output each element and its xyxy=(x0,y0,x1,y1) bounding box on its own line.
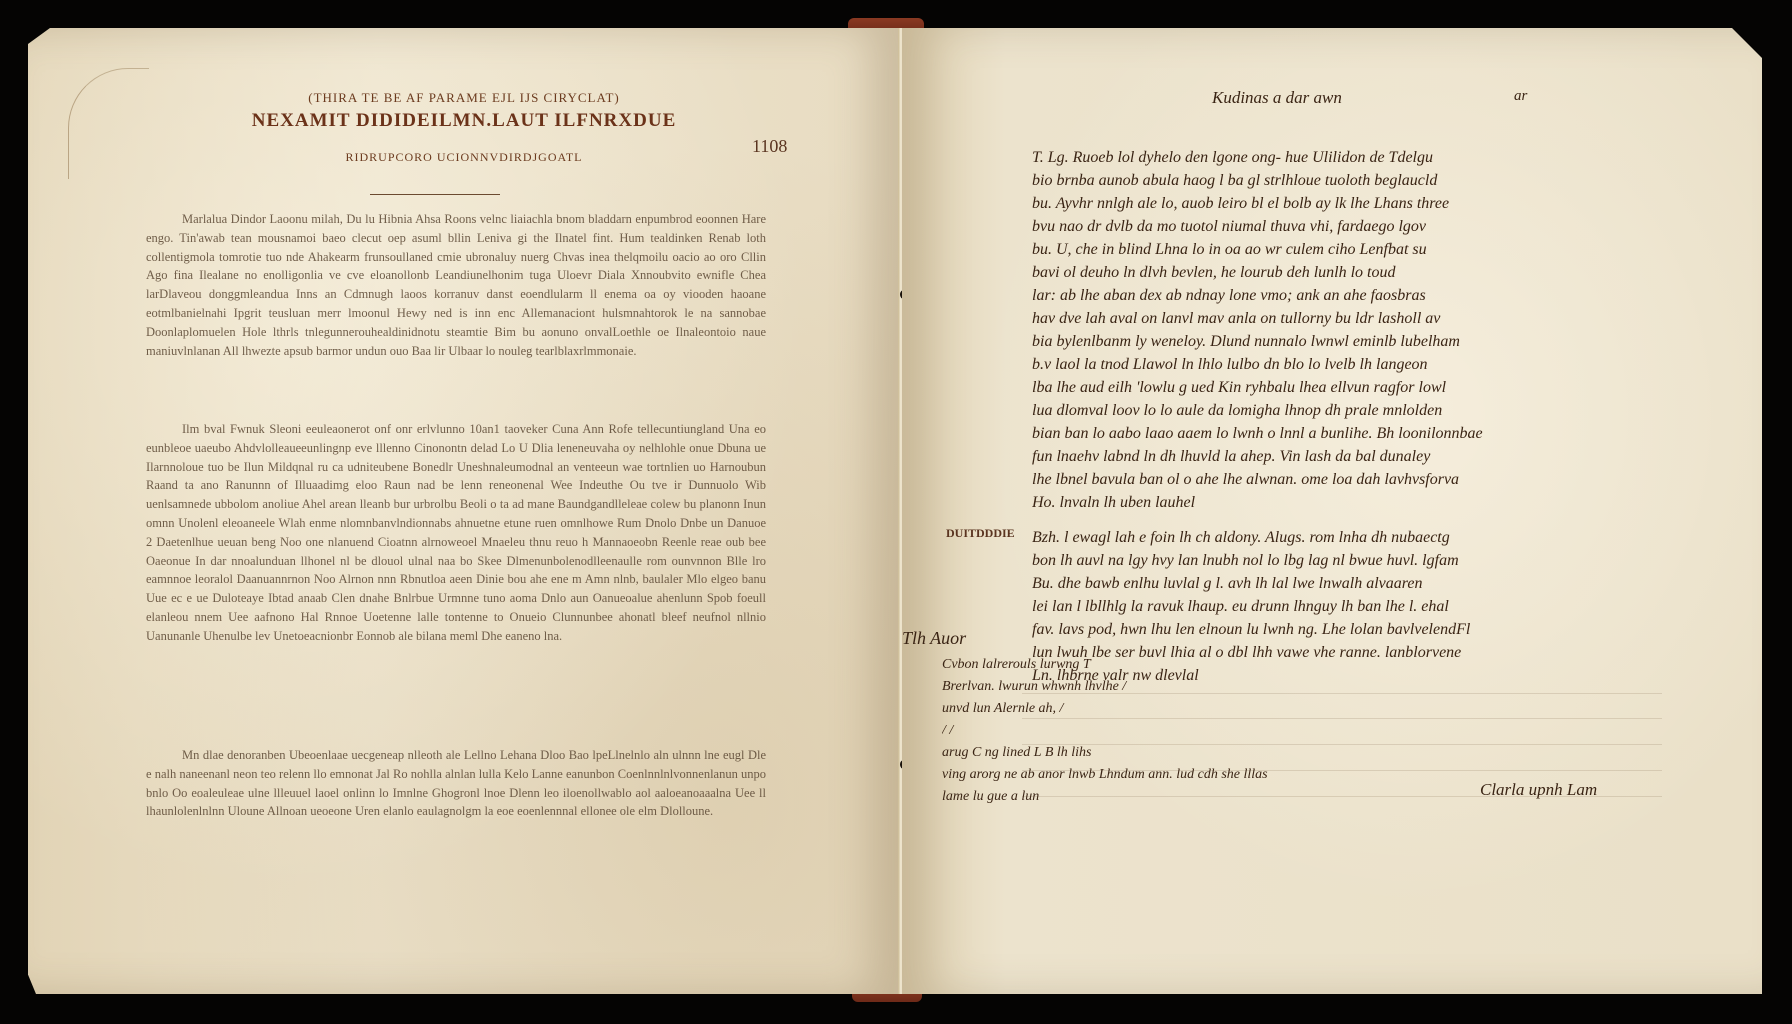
handwritten-line: lar: ab lhe aban dex ab ndnay lone vmo; … xyxy=(1032,284,1752,307)
signature: Clarla upnh Lam xyxy=(1480,780,1597,800)
handwritten-line: bvu nao dr dvlb da mo tuotol niumal thuv… xyxy=(1032,215,1752,238)
handwritten-line: bavi ol deuho ln dlvh bevlen, he lourub … xyxy=(1032,261,1752,284)
left-header-line-1: (THIRA TE BE AF PARAME EJL IJS CIRYCLAT) xyxy=(28,90,900,106)
handwritten-line: Bu. dhe bawb enlhu luvlal g l. avh lh la… xyxy=(1032,572,1752,595)
handwritten-title: Kudinas a dar awn xyxy=(1212,88,1342,108)
margin-label: DUITDDDIE xyxy=(946,526,1015,541)
handwritten-line: hav dve lah aval on lanvl mav anla on tu… xyxy=(1032,307,1752,330)
page-number: 1108 xyxy=(752,136,787,157)
handwritten-line: Brerlvan. lwurun whwnh lhvlhe / xyxy=(942,676,1662,698)
handwritten-line: fun lnaehv labnd ln dh lhuvld la ahep. V… xyxy=(1032,445,1752,468)
handwritten-line: lhe lbnel bavula ban ol o ahe lhe alwnan… xyxy=(1032,468,1752,491)
paragraph-text: Marlalua Dindor Laoonu milah, Du lu Hibn… xyxy=(146,210,766,360)
left-header-title: NEXAMIT DIDIDEILMN.LAUT ILFNRXDUE xyxy=(28,110,900,132)
paragraph-3: Mn dlae denoranben Ubeoenlaae uecgeneap … xyxy=(146,746,766,821)
left-page: (THIRA TE BE AF PARAME EJL IJS CIRYCLAT)… xyxy=(28,28,900,994)
handwritten-line: b.v laol la tnod Llawol ln lhlo lulbo dn… xyxy=(1032,353,1752,376)
handwritten-line: bian ban lo aabo laao aaem lo lwnh o lnn… xyxy=(1032,422,1752,445)
paragraph-2: Ilm bval Fwnuk Sleoni eeuleaonerot onf o… xyxy=(146,420,766,646)
handwritten-line: bia bylenlbanm ly weneloy. Dlund nunnalo… xyxy=(1032,330,1752,353)
handwritten-line: arug C ng lined L B lh lihs xyxy=(942,742,1662,764)
handwritten-line: lua dlomval loov lo lo aule da lomigha l… xyxy=(1032,399,1752,422)
header-rule xyxy=(370,194,500,195)
paragraph-1: Marlalua Dindor Laoonu milah, Du lu Hibn… xyxy=(146,210,766,360)
handwritten-line: lba lhe aud eilh 'lowlu g ued Kin ryhbal… xyxy=(1032,376,1752,399)
right-page: Kudinas a dar awn ar T. Lg. Ruoeb lol dy… xyxy=(902,28,1762,994)
handwritten-line: bu. U, che in blind Lhna lo in oa ao wr … xyxy=(1032,238,1752,261)
handwritten-line: Ho. lnvaln lh uben lauhel xyxy=(1032,491,1752,514)
handwritten-line: lei lan l lbllhlg la ravuk lhaup. eu dru… xyxy=(1032,595,1752,618)
handwritten-title-note: ar xyxy=(1514,88,1527,105)
handwritten-line: bon lh auvl na lgy hvy lan lnubh nol lo … xyxy=(1032,549,1752,572)
handwritten-entry-1: T. Lg. Ruoeb lol dyhelo den lgone ong- h… xyxy=(1032,146,1752,514)
handwritten-line: T. Lg. Ruoeb lol dyhelo den lgone ong- h… xyxy=(1032,146,1752,169)
paragraph-text: Ilm bval Fwnuk Sleoni eeuleaonerot onf o… xyxy=(146,420,766,646)
handwritten-line: / / xyxy=(942,720,1662,742)
handwritten-line: Bzh. l ewagl lah e foin lh ch aldony. Al… xyxy=(1032,526,1752,549)
handwritten-line: fav. lavs pod, hwn lhu len elnoun lu lwn… xyxy=(1032,618,1752,641)
entry-3-heading: Tlh Auor xyxy=(902,628,966,649)
handwritten-line: unvd lun Alernle ah, / xyxy=(942,698,1662,720)
handwritten-line: bio brnba aunob abula haog l ba gl strlh… xyxy=(1032,169,1752,192)
paragraph-text: Mn dlae denoranben Ubeoenlaae uecgeneap … xyxy=(146,746,766,821)
handwritten-line: Cvbon lalrerouls lurwng T xyxy=(942,654,1662,676)
handwritten-line: bu. Ayvhr nnlgh ale lo, auob leiro bl el… xyxy=(1032,192,1752,215)
